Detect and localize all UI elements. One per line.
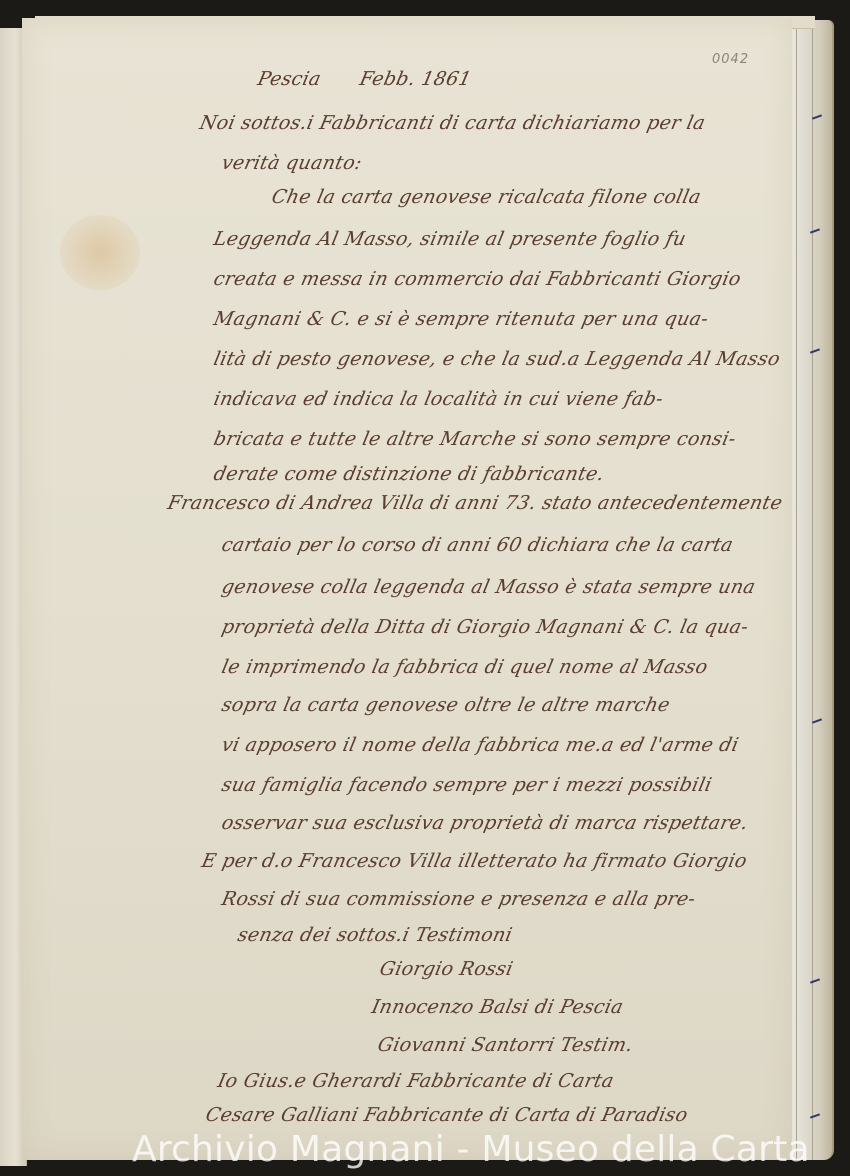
text-line: creata e messa in commercio dai Fabbrica… [212, 268, 743, 290]
paper-stain [60, 215, 140, 290]
text-line: bricata e tutte le altre Marche si sono … [212, 428, 738, 450]
text-line: Magnani & C. e si è sempre ritenuta per … [212, 308, 711, 330]
text-line: sopra la carta genovese oltre le altre m… [220, 694, 672, 716]
text-line: Francesco di Andrea Villa di anni 73. st… [166, 492, 785, 514]
sheet-edge-line [796, 20, 797, 1160]
signature: Cesare Galliani Fabbricante di Carta di … [204, 1104, 690, 1126]
heading-place: Pescia [256, 68, 323, 90]
signature: Giovanni Santorri Testim. [376, 1034, 635, 1056]
text-line: genovese colla leggenda al Masso è stata… [220, 576, 758, 598]
sheet-edge-line [812, 20, 813, 1160]
signature: Innocenzo Balsi di Pescia [370, 996, 626, 1018]
text-line: cartaio per lo corso di anni 60 dichiara… [220, 534, 736, 556]
text-line: Che la carta genovese ricalcata filone c… [270, 186, 703, 208]
ink-margin-mark [812, 718, 822, 723]
text-line: sua famiglia facendo sempre per i mezzi … [220, 774, 714, 796]
text-line: lità di pesto genovese, e che la sud.a L… [212, 348, 783, 370]
text-line: derate come distinzione di fabbricante. [212, 463, 607, 485]
folio-number: 0042 [712, 52, 749, 67]
text-line: E per d.o Francesco Villa illetterato ha… [200, 850, 749, 872]
archive-watermark: Archivio Magnani - Museo della Carta [132, 1129, 842, 1170]
signature: Giorgio Rossi [378, 958, 515, 980]
text-line: verità quanto: [220, 152, 364, 174]
text-line: osservar sua esclusiva proprietà di marc… [220, 812, 751, 834]
heading-date: Febb. 1861 [358, 68, 474, 90]
text-line: vi apposero il nome della fabbrica me.a … [220, 734, 741, 756]
text-line: Leggenda Al Masso, simile al presente fo… [212, 228, 689, 250]
signature: Io Gius.e Gherardi Fabbricante di Carta [216, 1070, 616, 1092]
text-line: Rossi di sua commissione e presenza e al… [220, 888, 698, 910]
text-line: indicava ed indica la località in cui vi… [212, 388, 666, 410]
text-line: le imprimendo la fabbrica di quel nome a… [220, 656, 710, 678]
text-line: senza dei sottos.i Testimoni [236, 924, 515, 946]
text-line: proprietà della Ditta di Giorgio Magnani… [220, 616, 751, 638]
text-line: Noi sottos.i Fabbricanti di carta dichia… [198, 112, 708, 134]
ink-margin-mark [812, 114, 822, 119]
